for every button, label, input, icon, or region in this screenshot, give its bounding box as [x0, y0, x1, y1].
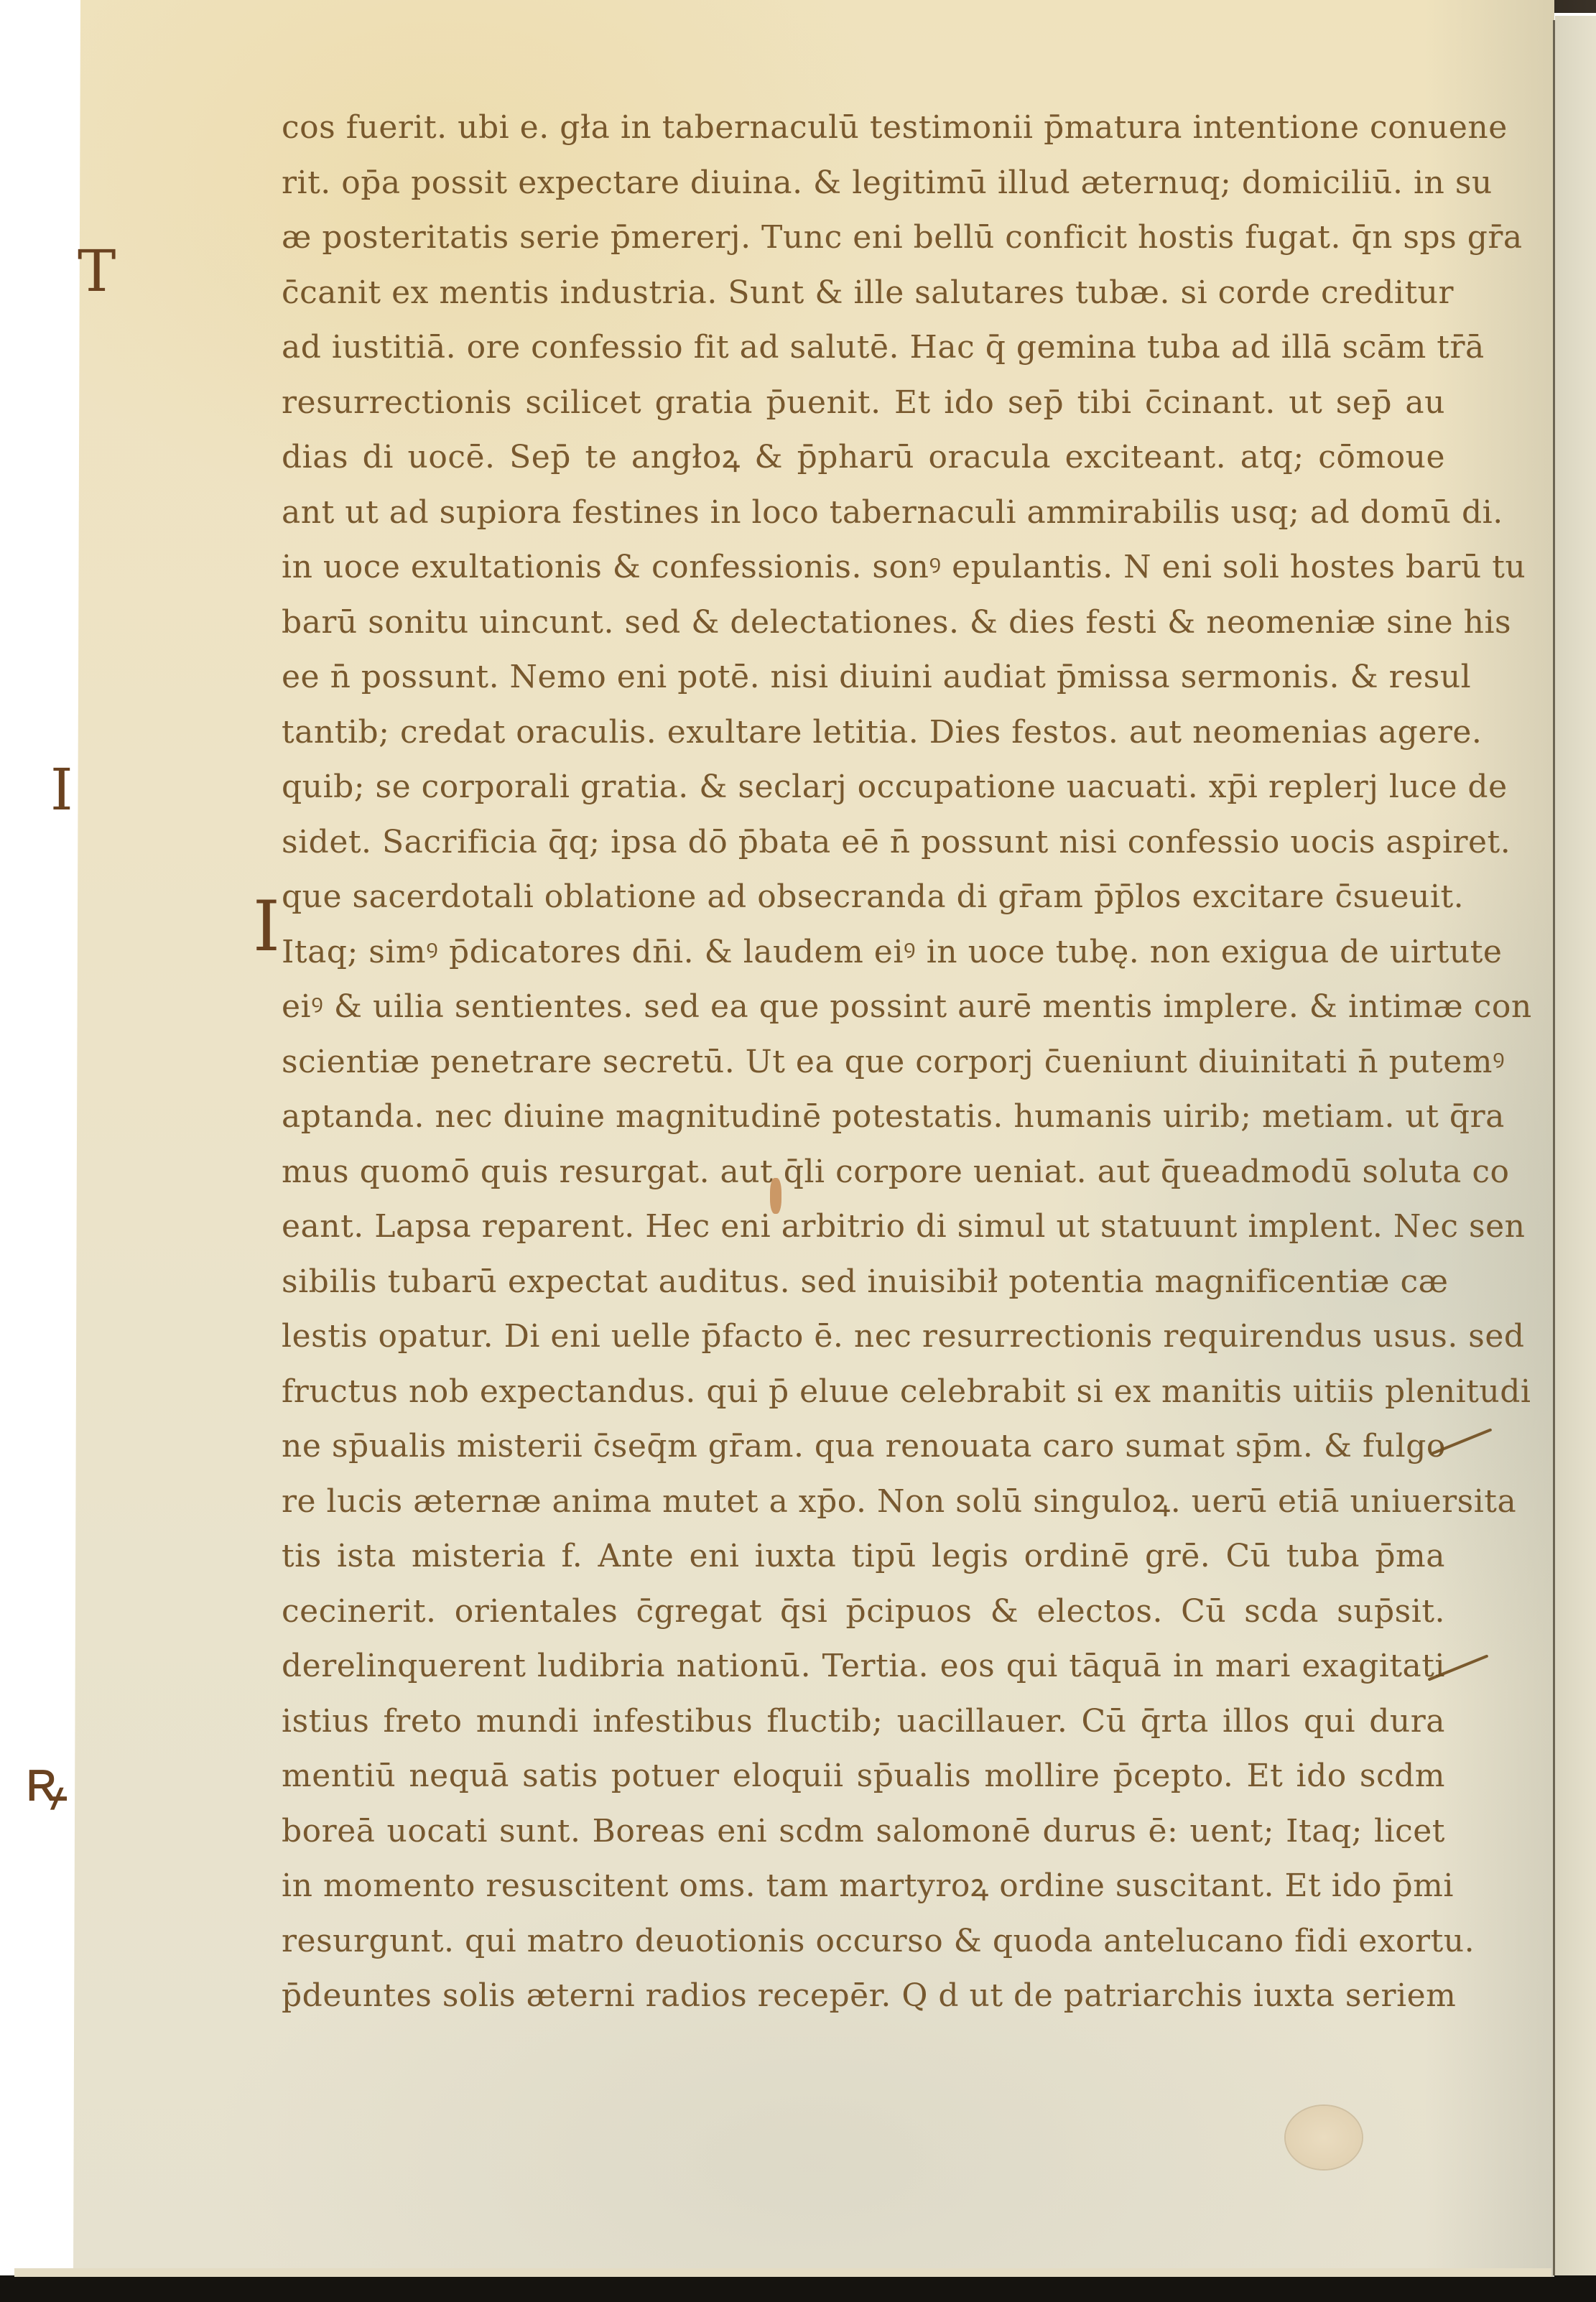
text-line-1: cos fuerit. ubi e. gła in tabernaculū te… [282, 101, 1445, 156]
text-line-5: ad iustitiā. ore confessio fit ad salutē… [282, 320, 1445, 376]
text-line-27: tis ista misteria f. Ante eni iuxta tipū… [282, 1529, 1445, 1584]
parchment-repair-patch [1286, 2106, 1362, 2169]
text-line-25: ne sp̄ualis misterii c̄seq̄m gr̄am. qua … [282, 1419, 1445, 1475]
text-line-29: derelinquerent ludibria nationū. Tertia.… [282, 1639, 1445, 1694]
text-line-32: boreā uocati sunt. Boreas eni scdm salom… [282, 1804, 1445, 1860]
text-line-20: mus quomō quis resurgat. aut q̄li corpor… [282, 1145, 1445, 1200]
text-line-22: sibilis tubarū expectat auditus. sed inu… [282, 1255, 1445, 1310]
text-line-10: barū sonitu uincunt. sed & delectationes… [282, 595, 1445, 651]
text-line-26: re lucis æternæ anima mutet a xp̄o. Non … [282, 1475, 1445, 1530]
gutter-fold [1553, 20, 1555, 2275]
text-line-33: in momento resuscitent oms. tam martyroꝝ… [282, 1859, 1445, 1914]
text-line-23: lestis opatur. Di eni uelle p̄facto ē. n… [282, 1309, 1445, 1365]
text-line-18: scientiæ penetrare secretū. Ut ea que co… [282, 1035, 1445, 1090]
text-line-21: eant. Lapsa reparent. Hec eni arbitrio d… [282, 1199, 1445, 1255]
text-line-6: resurrectionis scilicet gratia p̄uenit. … [282, 376, 1445, 431]
text-line-31: mentiū nequā satis potuer eloquii sp̄ual… [282, 1749, 1445, 1804]
text-line-14: sidet. Sacrificia q̄q; ipsa dō p̄bata eē… [282, 815, 1445, 871]
text-line-34: resurgunt. qui matro deuotionis occurso … [282, 1914, 1445, 1969]
text-line-4: c̄canit ex mentis industria. Sunt & ille… [282, 266, 1445, 321]
text-line-2: rit. op̄a possit expectare diuina. & leg… [282, 156, 1445, 211]
text-line-12: tantib; credat oraculis. exultare letiti… [282, 705, 1445, 761]
margin-mark-T: T [78, 243, 116, 300]
text-line-3: æ posteritatis serie p̄mererj. Tunc eni … [282, 210, 1445, 266]
text-line-15: que sacerdotali oblatione ad obsecranda … [282, 870, 1445, 925]
text-line-16: Itaq; simꝰ p̄dicatores dn̄i. & laudem ei… [282, 925, 1445, 980]
text-line-11: ee n̄ possunt. Nemo eni potē. nisi diuin… [282, 650, 1445, 705]
text-line-24: fructus nob expectandus. qui p̄ eluue ce… [282, 1365, 1445, 1420]
text-column: cos fuerit. ubi e. gła in tabernaculū te… [282, 101, 1445, 2024]
paragraph-initial: I [253, 892, 280, 961]
text-line-35: p̄deuntes solis æterni radios recepēr. Q… [282, 1969, 1445, 2024]
text-line-13: quib; se corporali gratia. & seclarj occ… [282, 760, 1445, 815]
text-line-30: istius freto mundi infestibus fluctib; u… [282, 1694, 1445, 1750]
text-line-17: eiꝰ & uilia sentientes. sed ea que possi… [282, 980, 1445, 1035]
text-line-7: dias di uocē. Sep̄ te angłoꝝ & p̄pharū o… [282, 430, 1445, 486]
page-bottom-edge [14, 2268, 1551, 2277]
scanner-background [0, 2275, 1596, 2302]
text-line-19: aptanda. nec diuine magnitudinē potestat… [282, 1090, 1445, 1145]
margin-mark-I: I [50, 761, 73, 819]
text-line-9: in uoce exultationis & confessionis. son… [282, 540, 1445, 595]
facing-page-edge [1555, 16, 1596, 2275]
text-line-8: ant ut ad supiora festines in loco taber… [282, 486, 1445, 541]
text-line-28: cecinerit. orientales c̄gregat q̄si p̄ci… [282, 1584, 1445, 1640]
margin-mark-nota: ꝶ [24, 1753, 68, 1810]
